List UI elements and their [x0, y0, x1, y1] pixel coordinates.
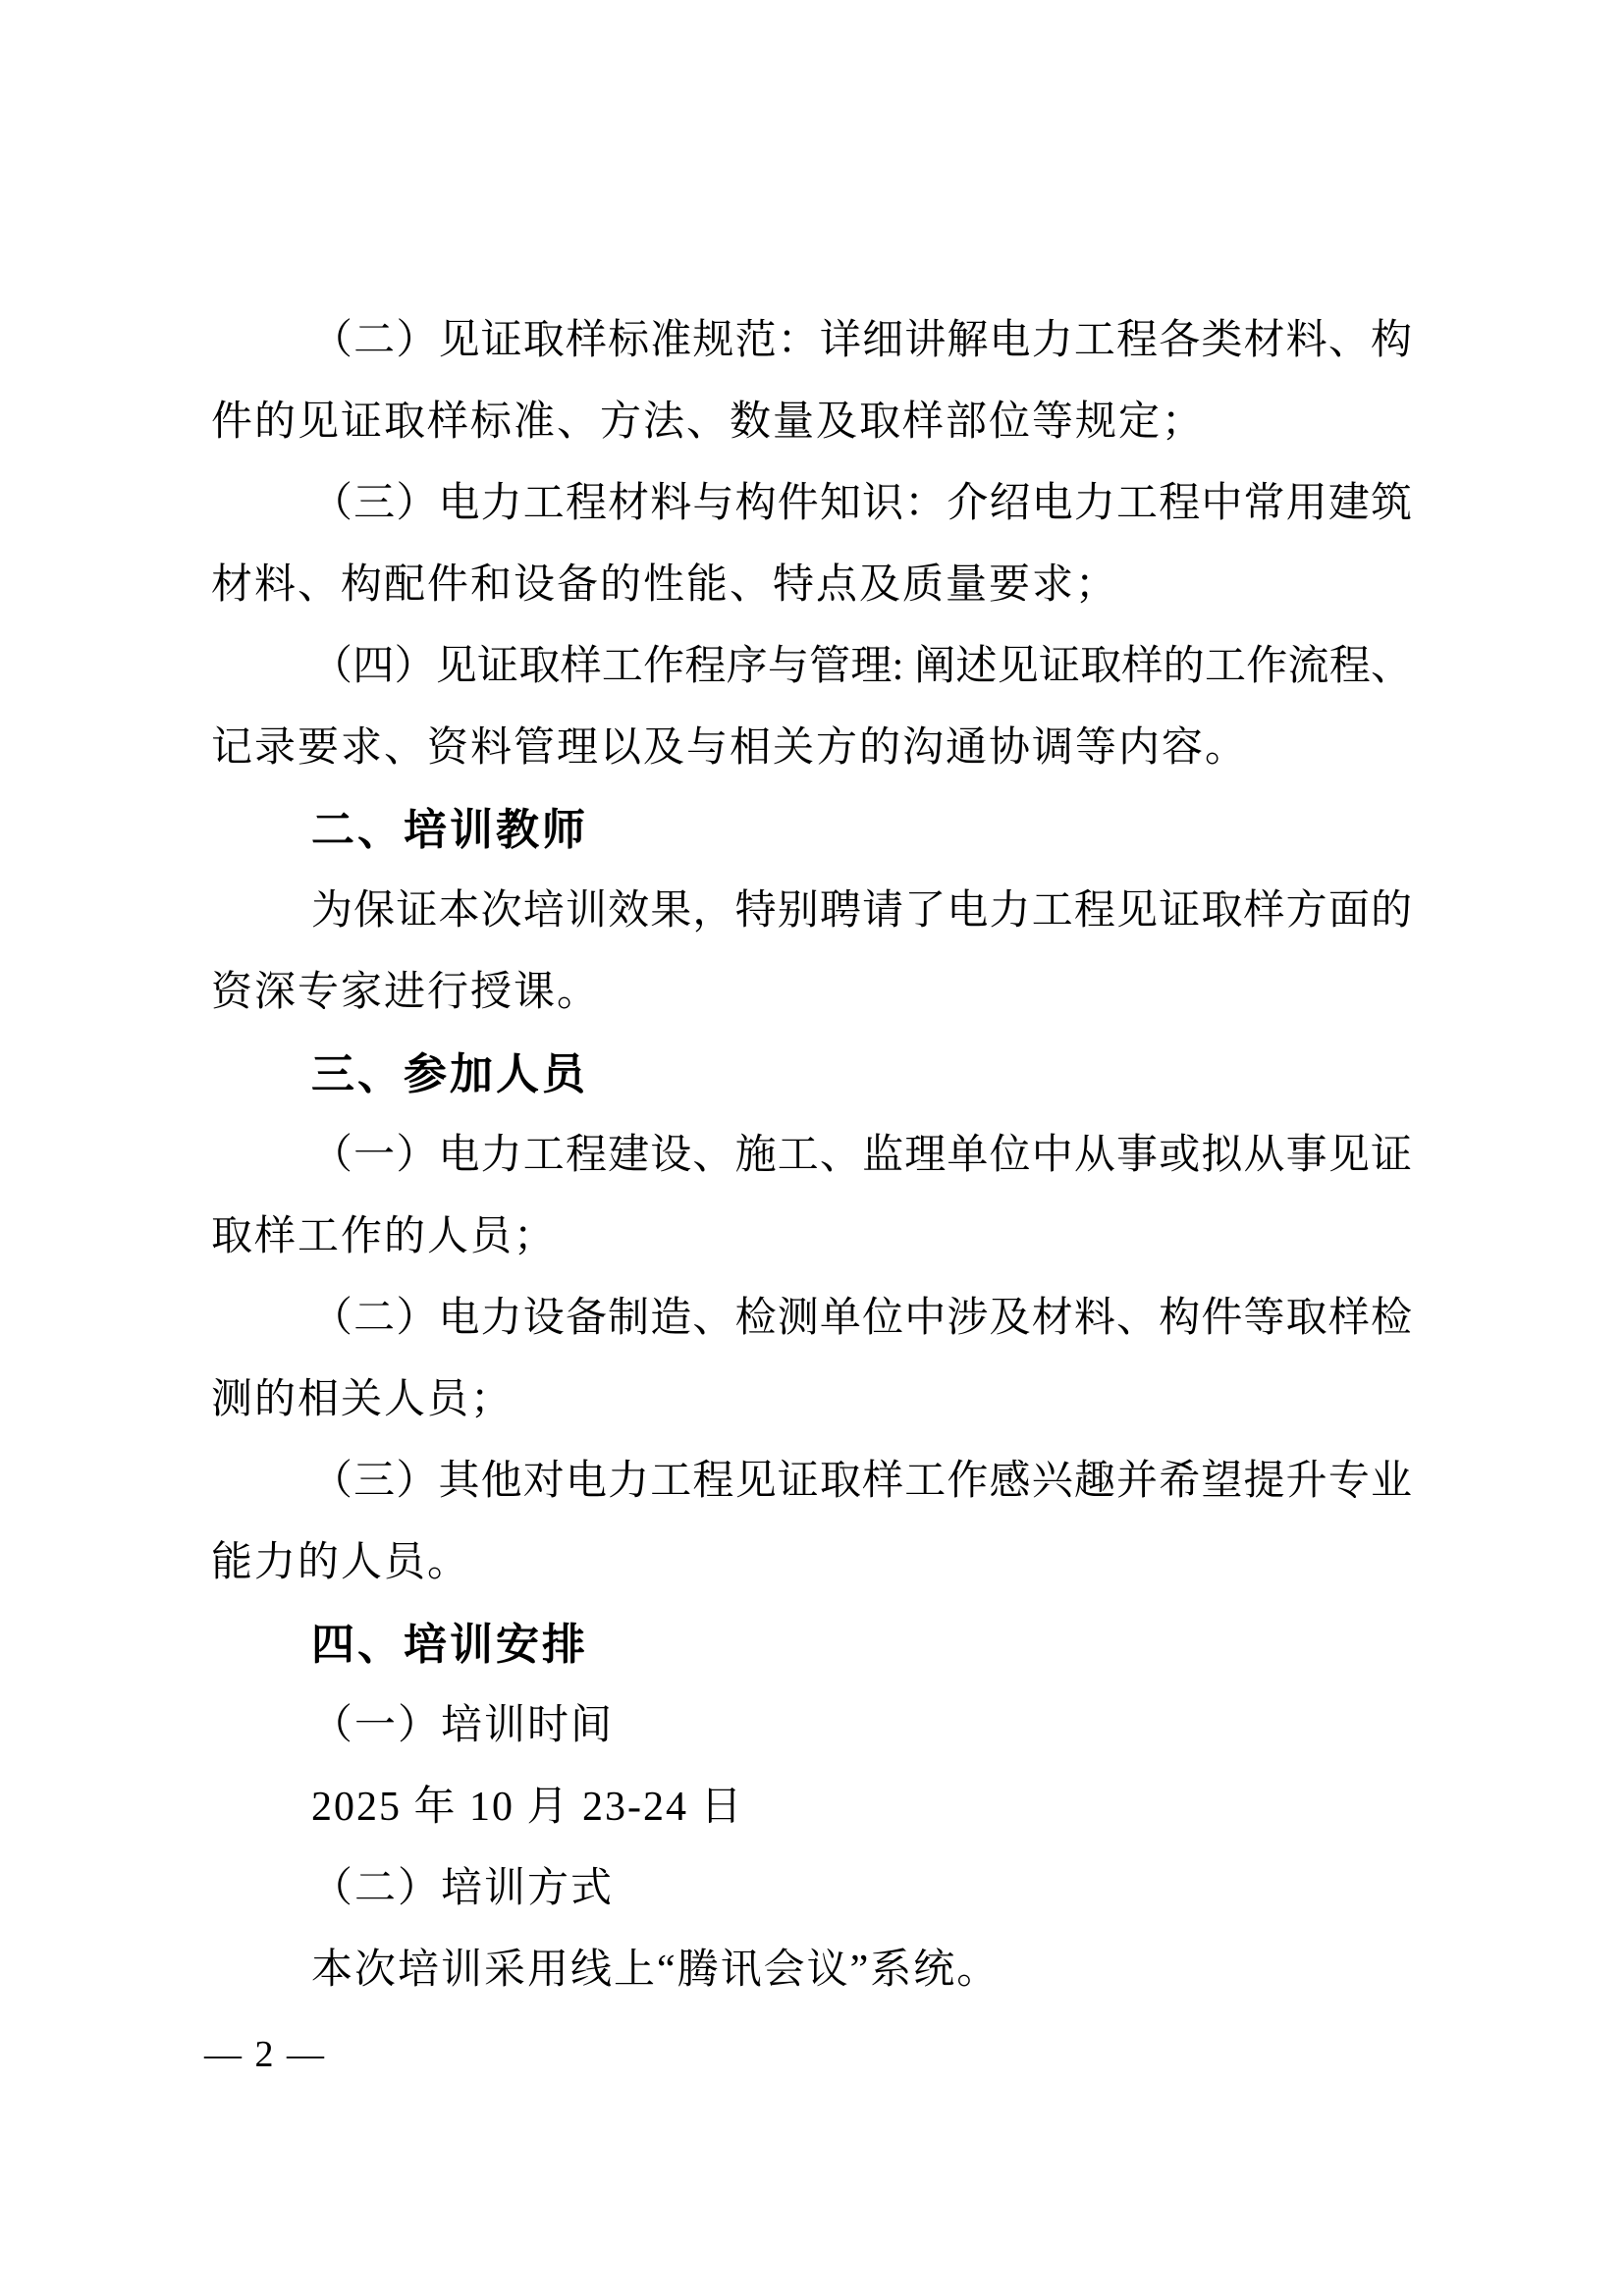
body-line-participants-item2-1: （二）电力设备制造、检测单位中涉及材料、构件等取样检	[211, 1278, 1412, 1360]
body-line-work-procedure-2: 记录要求、资料管理以及与相关方的沟通协调等内容。	[211, 708, 1412, 789]
body-line-teachers-1: 为保证本次培训效果，特别聘请了电力工程见证取样方面的	[211, 871, 1412, 952]
body-line-training-method: 本次培训采用线上“腾讯会议”系统。	[211, 1930, 1412, 2011]
body-line-participants-item2-2: 测的相关人员；	[211, 1360, 1412, 1441]
body-line-materials-knowledge-1: （三）电力工程材料与构件知识：介绍电力工程中常用建筑	[211, 463, 1412, 545]
document-page: { "page": { "background": "#ffffff", "te…	[0, 0, 1624, 2296]
body-line-teachers-2: 资深专家进行授课。	[211, 952, 1412, 1034]
subheading-training-method: （二）培训方式	[211, 1848, 1412, 1930]
body-line-participants-item1-2: 取样工作的人员；	[211, 1197, 1412, 1278]
body-line-materials-knowledge-2: 材料、构配件和设备的性能、特点及质量要求；	[211, 545, 1412, 626]
body-line-participants-item1-1: （一）电力工程建设、施工、监理单位中从事或拟从事见证	[211, 1115, 1412, 1197]
heading-training-schedule: 四、培训安排	[211, 1604, 1412, 1685]
body-line-participants-item3-2: 能力的人员。	[211, 1522, 1412, 1604]
heading-training-teachers: 二、培训教师	[211, 789, 1412, 871]
subheading-training-time: （一）培训时间	[211, 1685, 1412, 1767]
document-body: （二）见证取样标准规范：详细讲解电力工程各类材料、构 件的见证取样标准、方法、数…	[211, 300, 1412, 2011]
heading-participants: 三、参加人员	[211, 1034, 1412, 1115]
body-line-work-procedure-1: （四）见证取样工作程序与管理: 阐述见证取样的工作流程、	[211, 626, 1412, 708]
body-line-witness-sampling-standards-2: 件的见证取样标准、方法、数量及取样部位等规定；	[211, 382, 1412, 463]
training-date: 2025 年 10 月 23-24 日	[211, 1767, 1412, 1848]
page-number: — 2 —	[204, 2030, 326, 2079]
body-line-participants-item3-1: （三）其他对电力工程见证取样工作感兴趣并希望提升专业	[211, 1441, 1412, 1522]
body-line-witness-sampling-standards-1: （二）见证取样标准规范：详细讲解电力工程各类材料、构	[211, 300, 1412, 382]
